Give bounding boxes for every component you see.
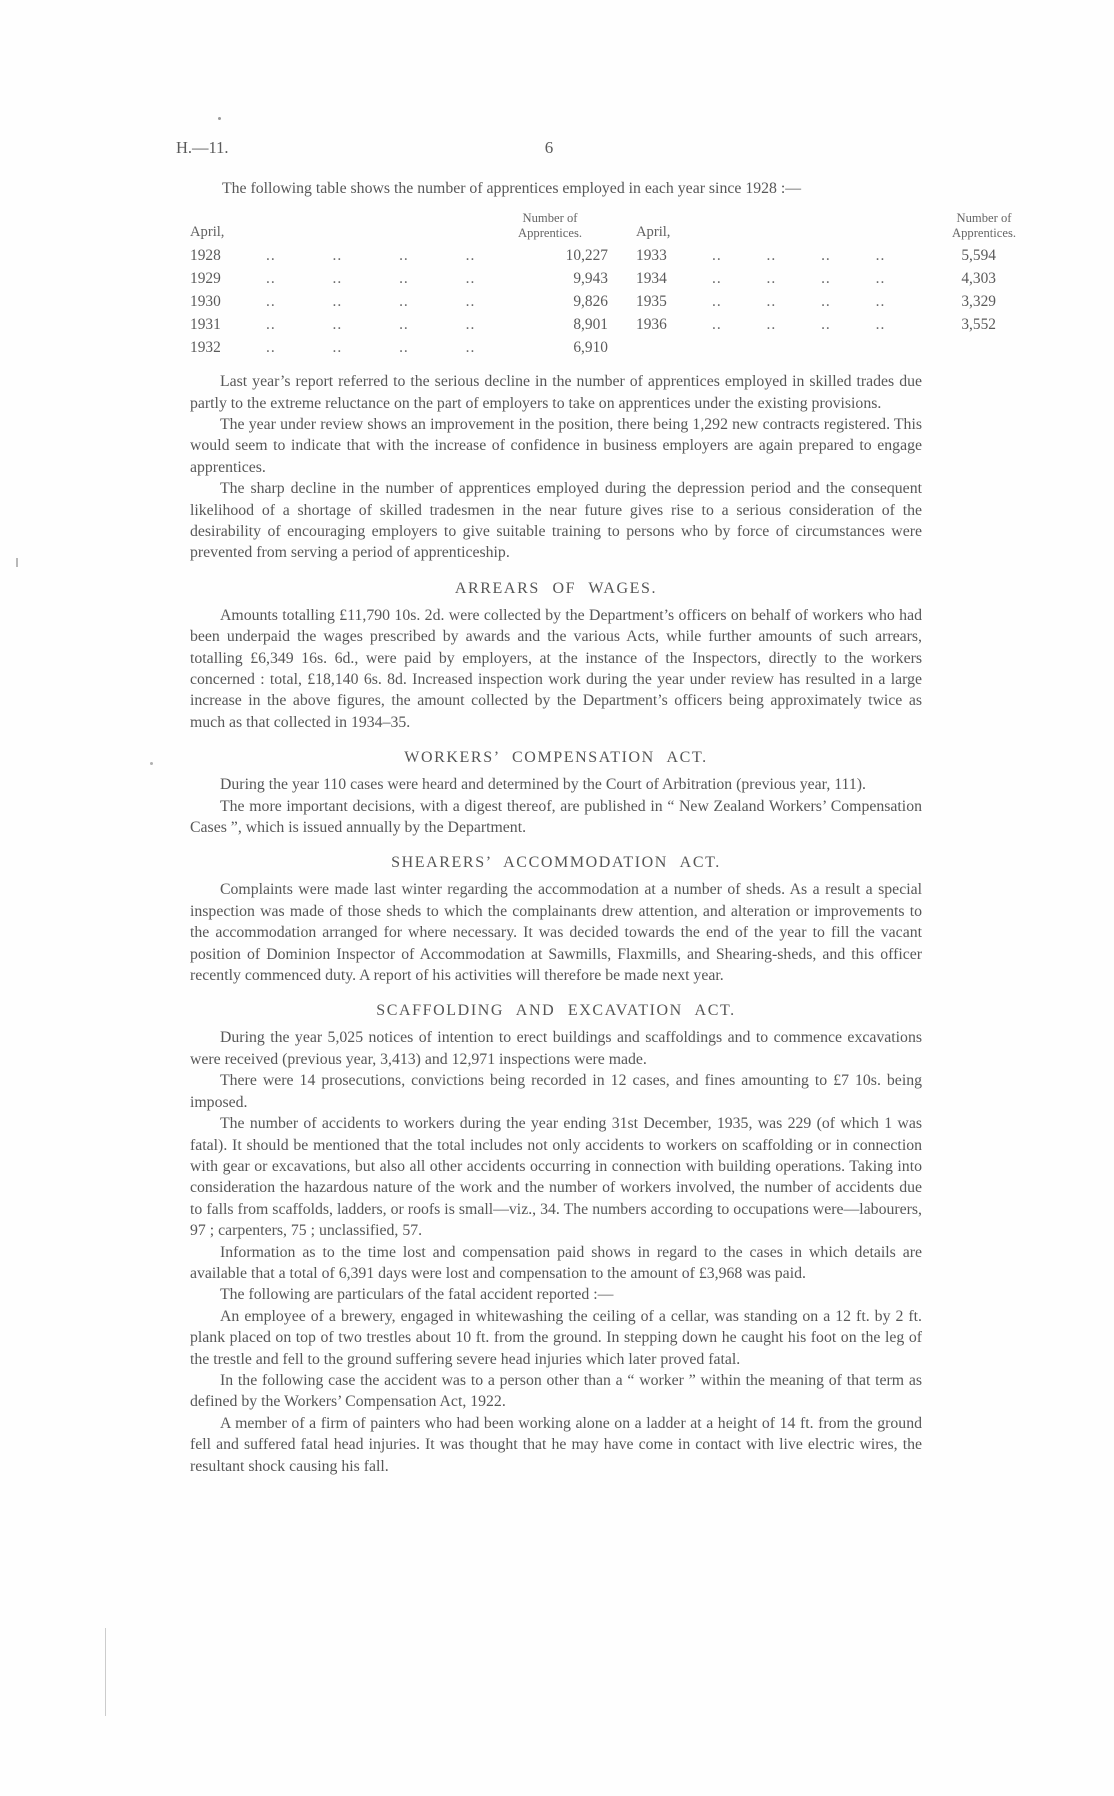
apprentices-table: April, Number of Apprentices. April, Num… [190,211,1110,359]
year-cell: 1936 [608,313,694,336]
year-cell: 1931 [190,313,248,336]
value-cell: 5,594 [886,244,996,267]
paragraph: Last year’s report referred to the serio… [190,371,922,414]
value-cell: 10,227 [514,244,608,267]
section-heading-arrears-of-wages: ARREARS OF WAGES. [190,580,922,598]
doc-ref: H.—11. [176,138,545,158]
dots-leader: .. .. .. .. [248,336,514,359]
value-cell [886,336,996,359]
paragraph: A member of a firm of painters who had b… [190,1413,922,1477]
value-cell: 8,901 [514,313,608,336]
dots-leader: .. .. .. .. [248,244,514,267]
dots-leader: .. .. .. .. [694,313,886,336]
value-cell: 3,329 [886,290,996,313]
year-cell: 1935 [608,290,694,313]
value-cell: 3,552 [886,313,996,336]
paragraph: There were 14 prosecutions, convictions … [190,1070,922,1113]
value-cell: 9,943 [514,267,608,290]
column-header-number-right: Number of Apprentices. [874,211,1094,241]
paragraph: An employee of a brewery, engaged in whi… [190,1306,922,1370]
page-number: 6 [545,138,554,158]
year-cell: 1932 [190,336,248,359]
scan-speck [150,762,153,765]
scan-speck [218,117,221,120]
year-cell: 1934 [608,267,694,290]
paragraph: The sharp decline in the number of appre… [190,478,922,564]
table-header-row: April, Number of Apprentices. April, Num… [190,211,1110,241]
dots-leader: .. .. .. .. [694,244,886,267]
scan-artifact-line [105,1628,106,1716]
year-cell: 1929 [190,267,248,290]
table-row: 1928 .. .. .. .. 10,227 1933 .. .. .. ..… [190,244,1110,267]
section-heading-workers-compensation-act: WORKERS’ COMPENSATION ACT. [190,749,922,767]
column-header-april-right: April, [608,224,694,241]
intro-paragraph: The following table shows the number of … [190,178,922,199]
scan-artifact-tick [16,558,18,567]
value-cell: 9,826 [514,290,608,313]
paragraph: In the following case the accident was t… [190,1370,922,1413]
running-head: H.—11. 6 [176,138,922,158]
section-heading-scaffolding-and-excavation-act: SCAFFOLDING AND EXCAVATION ACT. [190,1002,922,1020]
paragraph: Complaints were made last winter regardi… [190,879,922,986]
paragraph: The following are particulars of the fat… [190,1284,922,1305]
year-cell: 1933 [608,244,694,267]
table-row: 1931 .. .. .. .. 8,901 1936 .. .. .. .. … [190,313,1110,336]
paragraph: The number of accidents to workers durin… [190,1113,922,1241]
year-cell [608,336,694,359]
document-page: H.—11. 6 The following table shows the n… [0,0,1114,1796]
table-row: 1932 .. .. .. .. 6,910 [190,336,1110,359]
table-row: 1929 .. .. .. .. 9,943 1934 .. .. .. .. … [190,267,1110,290]
paragraph: During the year 110 cases were heard and… [190,774,922,795]
dots-leader: .. .. .. .. [694,267,886,290]
paragraph: Amounts totalling £11,790 10s. 2d. were … [190,605,922,733]
page-content: H.—11. 6 The following table shows the n… [190,138,922,1477]
dots-leader: .. .. .. .. [248,267,514,290]
paragraph: During the year 5,025 notices of intenti… [190,1027,922,1070]
year-cell: 1930 [190,290,248,313]
year-cell: 1928 [190,244,248,267]
value-cell: 6,910 [514,336,608,359]
paragraph: Information as to the time lost and comp… [190,1242,922,1285]
table-row: 1930 .. .. .. .. 9,826 1935 .. .. .. .. … [190,290,1110,313]
dots-leader [694,336,886,359]
section-heading-shearers-accommodation-act: SHEARERS’ ACCOMMODATION ACT. [190,854,922,872]
column-header-number-left: Number of Apprentices. [470,211,630,241]
dots-leader: .. .. .. .. [248,313,514,336]
column-header-april-left: April, [190,224,248,241]
paragraph: The year under review shows an improveme… [190,414,922,478]
dots-leader: .. .. .. .. [694,290,886,313]
paragraph: The more important decisions, with a dig… [190,796,922,839]
value-cell: 4,303 [886,267,996,290]
dots-leader: .. .. .. .. [248,290,514,313]
